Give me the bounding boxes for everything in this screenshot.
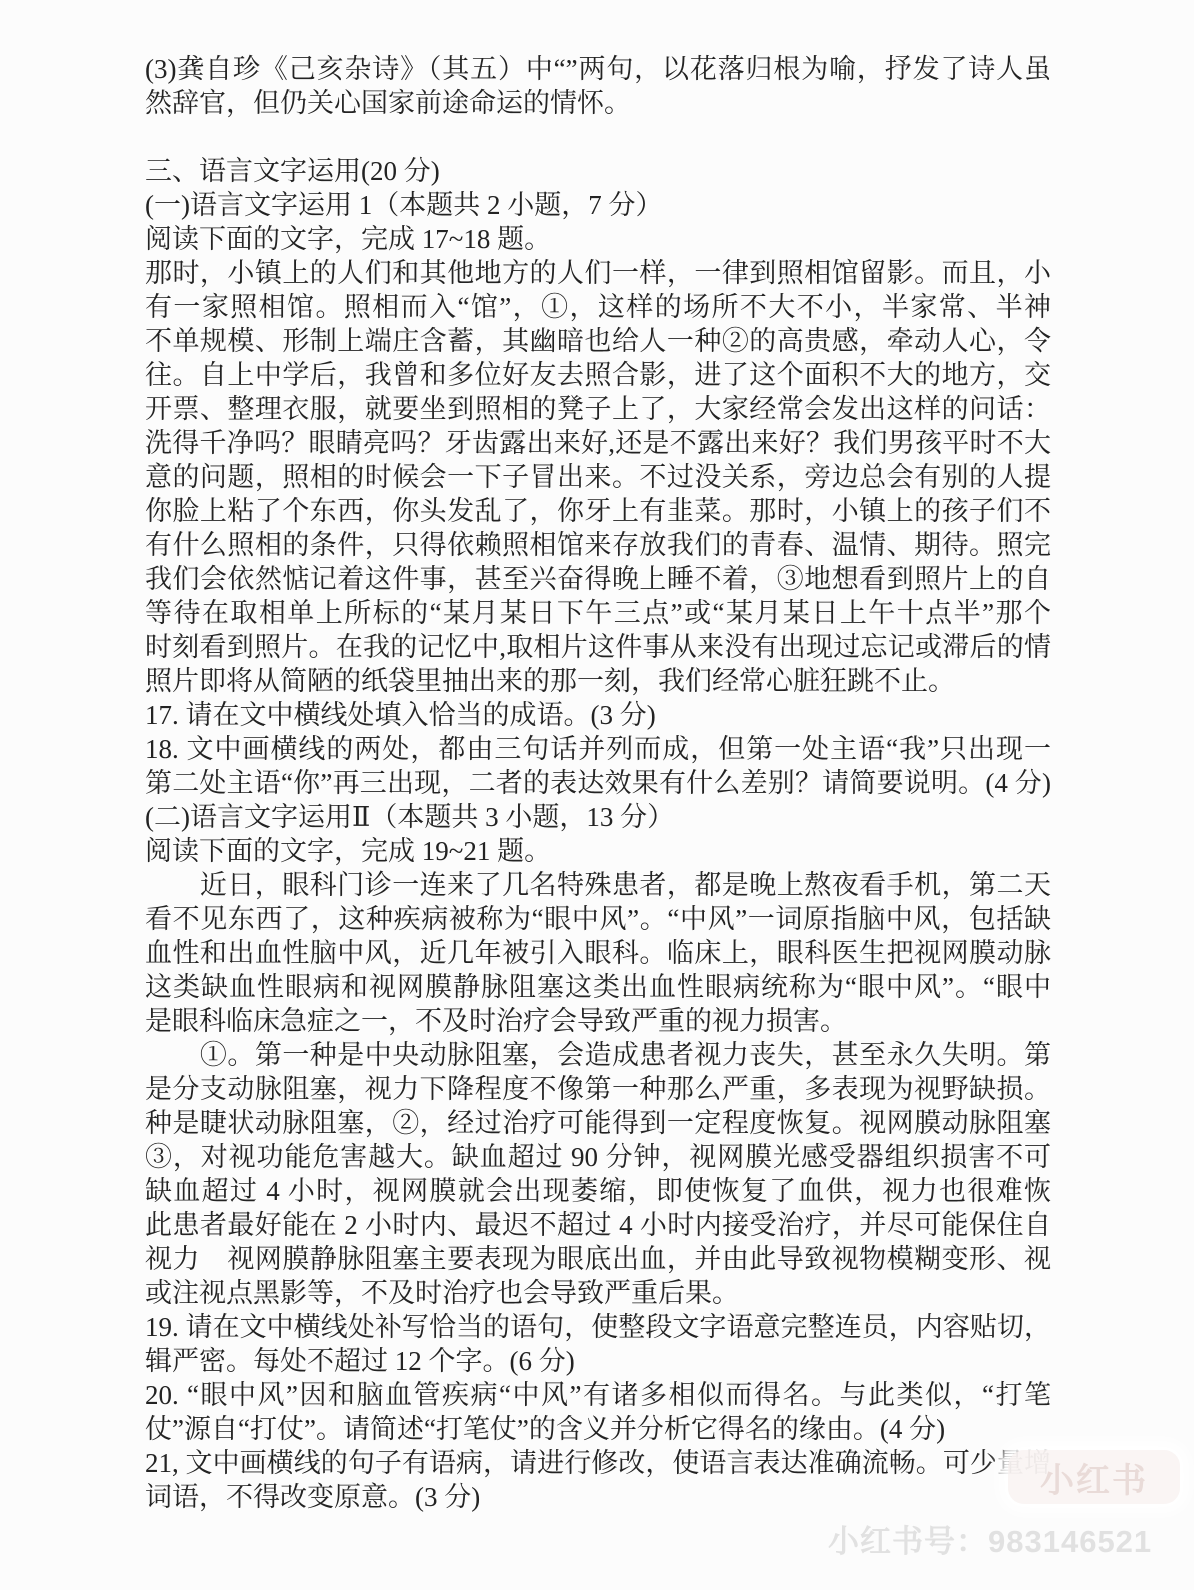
document-line: 这类缺血性眼病和视网膜静脉阻塞这类出血性眼病统称为“眼中风”。“眼中风” [145, 970, 1051, 1004]
document-line: 视力 视网膜静脉阻塞主要表现为眼底出血，并由此导致视物模糊变形、视野损 [145, 1242, 1051, 1276]
document-line: (二)语言文字运用Ⅱ（本题共 3 小题，13 分） [145, 800, 1051, 834]
document-line: 等待在取相单上所标的“某月某日下午三点”或“某月某日上午十点半”那个 [145, 596, 1051, 630]
document-line: 18. 文中画横线的两处，都由三句话并列而成，但第一处主语“我”只出现一次， [145, 732, 1051, 766]
document-line: 有什么照相的条件，只得依赖照相馆来存放我们的青春、温情、期待。照完相， [145, 528, 1051, 562]
document-line: 血性和出血性脑中风，近几年被引入眼科。临床上，眼科医生把视网膜动脉阻塞 [145, 936, 1051, 970]
exam-paper-scan-page: (3)龚自珍《己亥杂诗》（其五）中“”两句，以花落归根为喻，抒发了诗人虽然辞官，… [0, 0, 1194, 1590]
document-line: ①。第一种是中央动脉阻塞，会造成患者视力丧失，甚至永久失明。第二种 [145, 1038, 1051, 1072]
document-line: 有一家照相馆。照相而入“馆”，①，这样的场所不大不小，半家常、半神秘， [145, 290, 1051, 324]
document-line: 词语，不得改变原意。(3 分) [145, 1480, 1051, 1514]
document-line: 近日，眼科门诊一连来了几名特殊患者，都是晚上熬夜看手机，第二天早上 [145, 868, 1051, 902]
document-line: 我们会依然惦记着这件事，甚至兴奋得晚上睡不着，③地想看到照片上的自己， [145, 562, 1051, 596]
document-line: (3)龚自珍《己亥杂诗》（其五）中“”两句，以花落归根为喻，抒发了诗人虽 [145, 52, 1051, 86]
document-line: 缺血超过 4 小时，视网膜就会出现萎缩，即使恢复了血供，视力也很难恢复，因 [145, 1174, 1051, 1208]
document-line: 往。自上中学后，我曾和多位好友去照合影，进了这个面积不大的地方，交费、 [145, 358, 1051, 392]
document-line: 阅读下面的文字，完成 19~21 题。 [145, 834, 1051, 868]
document-line: (一)语言文字运用 1（本题共 2 小题，7 分） [145, 188, 1051, 222]
document-line: 意的问题，照相的时候会一下子冒出来。不过没关系，旁边总会有别的人提醒： [145, 460, 1051, 494]
document-line: 你脸上粘了个东西，你头发乱了，你牙上有韭菜。那时，小镇上的孩子们不可能 [145, 494, 1051, 528]
document-line: ③，对视功能危害越大。缺血超过 90 分钟，视网膜光感受器组织损害不可逆； [145, 1140, 1051, 1174]
document-line: 照片即将从简陋的纸袋里抽出来的那一刻，我们经常心脏狂跳不止。 [145, 664, 1051, 698]
document-line: 开票、整理衣服，就要坐到照相的凳子上了，大家经常会发出这样的问话：我脸 [145, 392, 1051, 426]
document-line: 种是睫状动脉阻塞，②，经过治疗可能得到一定程度恢复。视网膜动脉阻塞时， [145, 1106, 1051, 1140]
document-line: 不单规模、形制上端庄含蓄，其幽暗也给人一种②的高贵感，牵动人心，令人神 [145, 324, 1051, 358]
document-line: 是分支动脉阻塞，视力下降程度不像第一种那么严重，多表现为视野缺损。第三 [145, 1072, 1051, 1106]
xiaohongshu-account-watermark: 小红书号：983146521 [828, 1516, 1152, 1561]
document-line: 时刻看到照片。在我的记忆中,取相片这件事从来没有出现过忘记或滞后的情况。 [145, 630, 1051, 664]
document-line: 是眼科临床急症之一，不及时治疗会导致严重的视力损害。 [145, 1004, 1051, 1038]
xiaohongshu-logo-text: 小红书 [1040, 1453, 1148, 1502]
document-line: 然辞官，但仍关心国家前途命运的情怀。 [145, 86, 1051, 120]
document-line: 那时，小镇上的人们和其他地方的人们一样，一律到照相馆留影。而且，小镇只 [145, 256, 1051, 290]
document-line: 或注视点黑影等，不及时治疗也会导致严重后果。 [145, 1276, 1051, 1310]
document-line: 阅读下面的文字，完成 17~18 题。 [145, 222, 1051, 256]
document-line: 20. “眼中风”因和脑血管疾病“中风”有诸多相似而得名。与此类似，“打笔 [145, 1378, 1051, 1412]
document-line: 21, 文中画横线的句子有语病，请进行修改，使语言表达准确流畅。可少量增删 [145, 1446, 1051, 1480]
document-line: 辑严密。每处不超过 12 个字。(6 分) [145, 1344, 1051, 1378]
document-line: 17. 请在文中横线处填入恰当的成语。(3 分) [145, 698, 1051, 732]
document-line: 三、语言文字运用(20 分) [145, 154, 1051, 188]
document-line: 此患者最好能在 2 小时内、最迟不超过 4 小时内接受治疗，并尽可能保住自己的 [145, 1208, 1051, 1242]
document-line: 19. 请在文中横线处补写恰当的语句，使整段文字语意完整连员，内容贴切，逻 [145, 1310, 1051, 1344]
document-line: 第二处主语“你”再三出现，二者的表达效果有什么差别？请简要说明。(4 分) [145, 766, 1051, 800]
exam-text-block: (3)龚自珍《己亥杂诗》（其五）中“”两句，以花落归根为喻，抒发了诗人虽然辞官，… [145, 52, 1051, 1514]
document-line: 洗得千净吗？眼睛亮吗？牙齿露出来好,还是不露出来好？我们男孩平时不大在 [145, 426, 1051, 460]
xiaohongshu-logo-watermark: 小红书 [1008, 1450, 1180, 1504]
document-line: 看不见东西了，这种疾病被称为“眼中风”。“中风”一词原指脑中风，包括缺 [145, 902, 1051, 936]
document-line: 仗”源自“打仗”。请简述“打笔仗”的含义并分析它得名的缘由。(4 分) [145, 1412, 1051, 1446]
document-line [145, 120, 1051, 154]
